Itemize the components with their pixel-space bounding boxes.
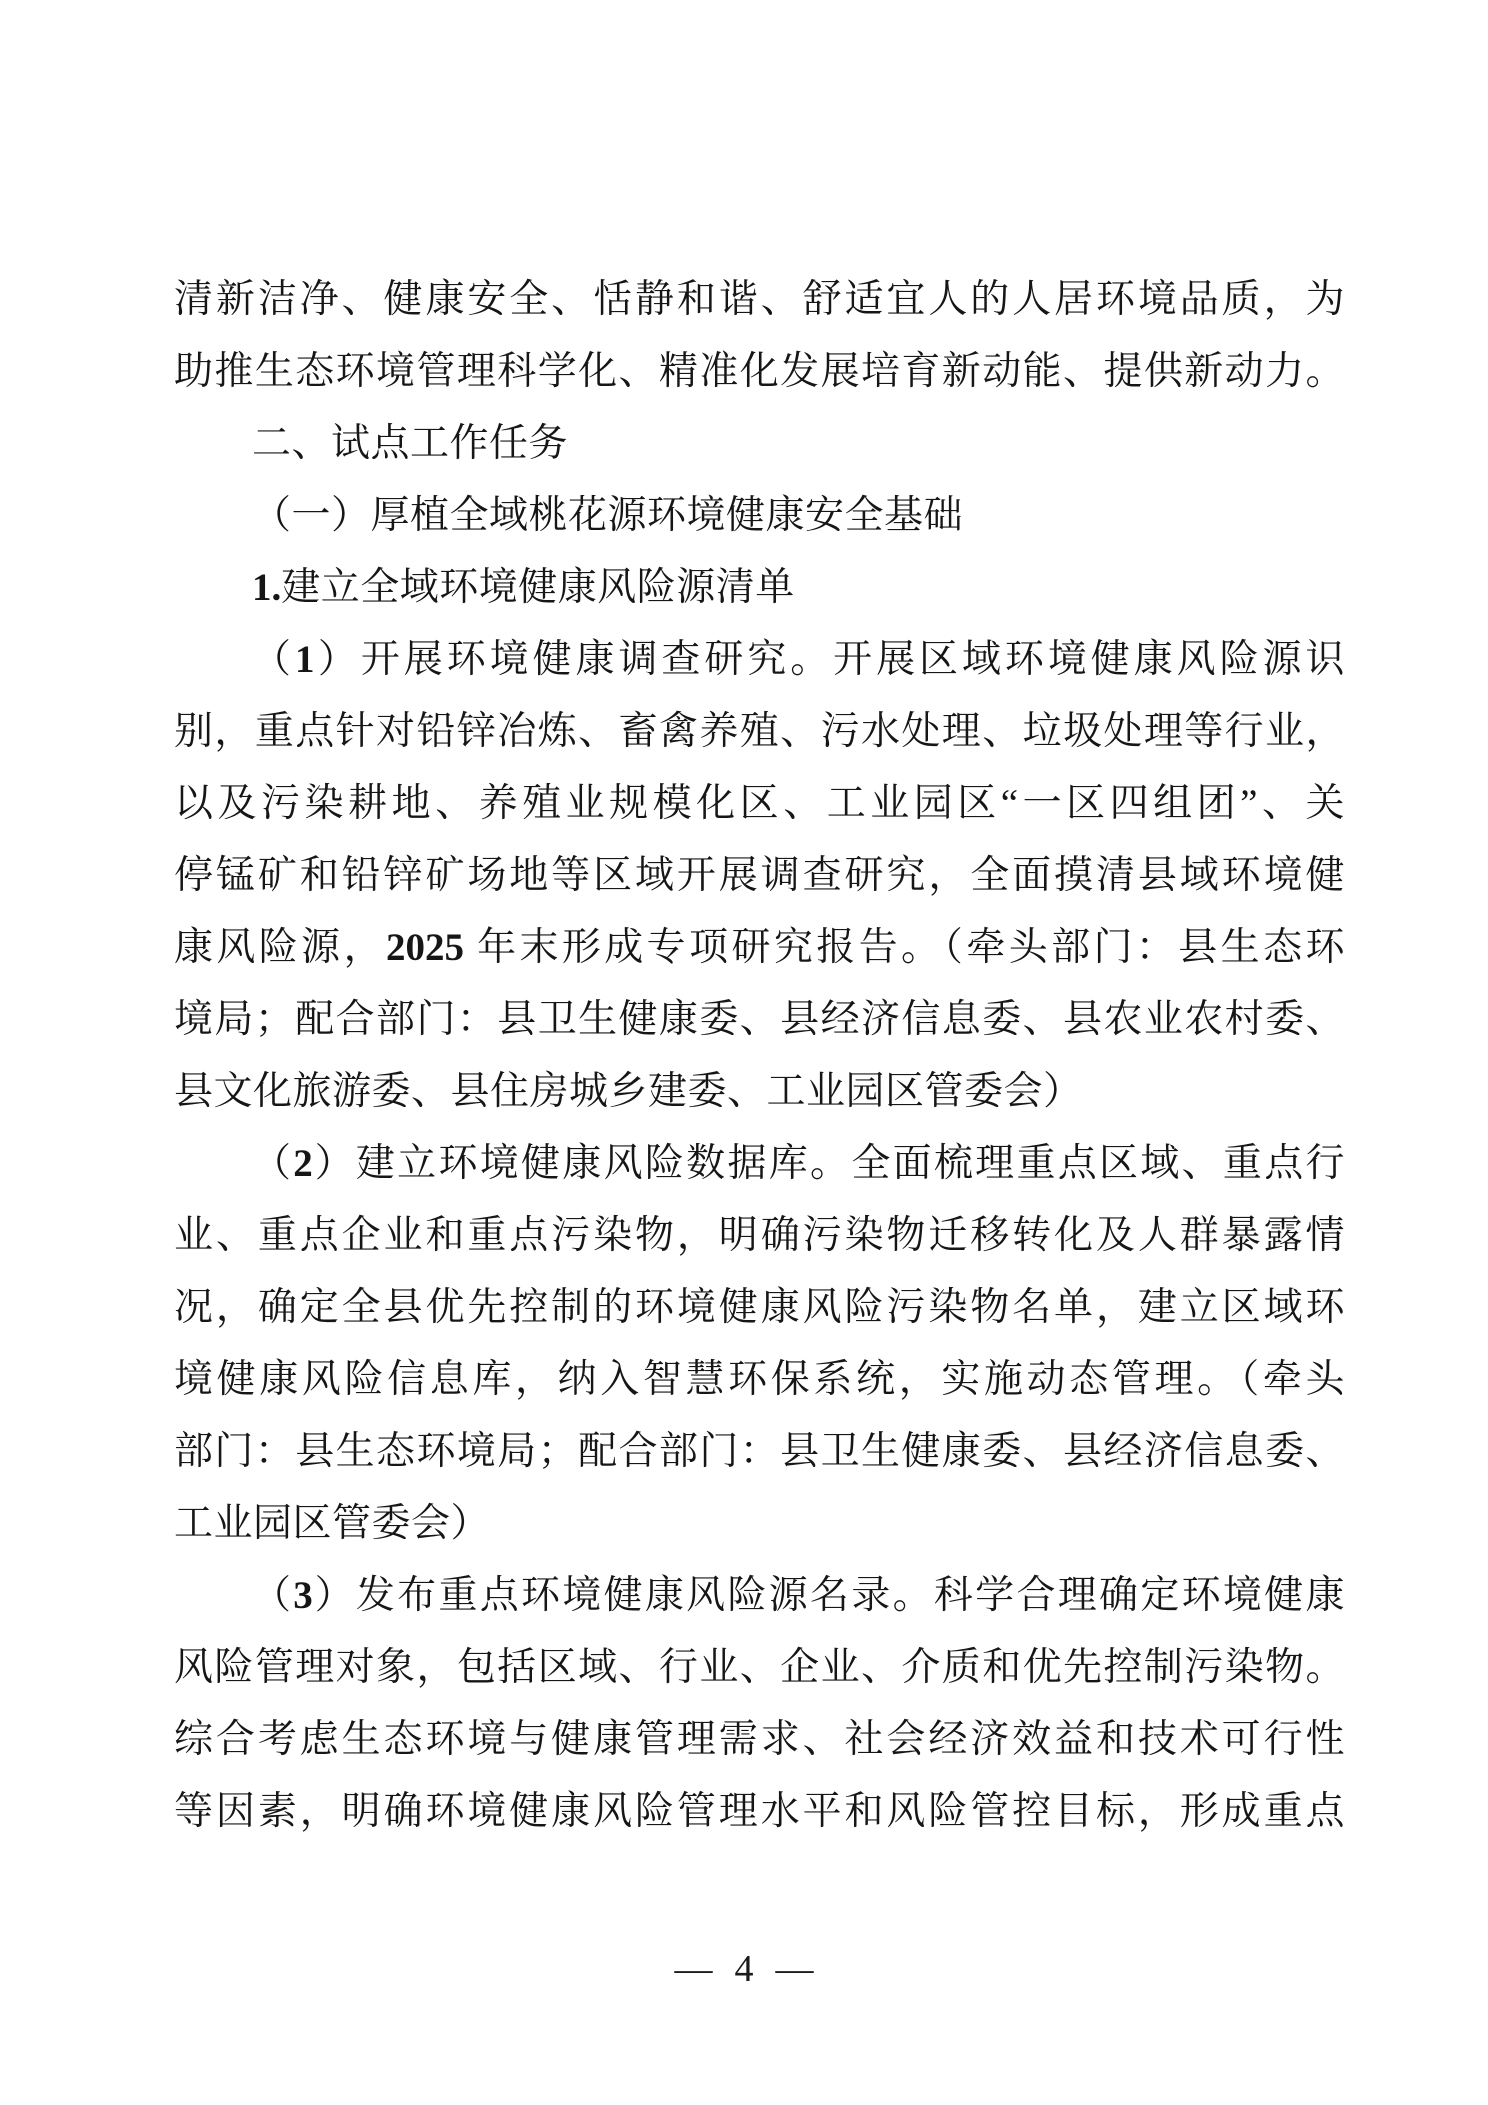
text-line: （2）建立环境健康风险数据库。全面梳理重点区域、重点行 [174,1128,1345,1200]
text-line: 1.建立全域环境健康风险源清单 [174,552,1345,624]
text-line: 部门：县生态环境局；配合部门：县卫生健康委、县经济信息委、 [174,1416,1345,1488]
text-line: 工业园区管委会） [174,1488,1345,1560]
text-line: 二、试点工作任务 [174,408,1345,480]
text-line: 综合考虑生态环境与健康管理需求、社会经济效益和技术可行性 [174,1704,1345,1776]
text-line: 县文化旅游委、县住房城乡建委、工业园区管委会） [174,1056,1345,1128]
text-block: 清新洁净、健康安全、恬静和谐、舒适宜人的人居环境品质，为助推生态环境管理科学化、… [174,264,1345,1848]
text-line: （一）厚植全域桃花源环境健康安全基础 [174,480,1345,552]
document-page: 清新洁净、健康安全、恬静和谐、舒适宜人的人居环境品质，为助推生态环境管理科学化、… [0,0,1488,2105]
text-line: 别，重点针对铅锌冶炼、畜禽养殖、污水处理、垃圾处理等行业， [174,696,1345,768]
text-line: 况，确定全县优先控制的环境健康风险污染物名单，建立区域环 [174,1272,1345,1344]
text-line: 境健康风险信息库，纳入智慧环保系统，实施动态管理。（牵头 [174,1344,1345,1416]
text-line: 停锰矿和铅锌矿场地等区域开展调查研究，全面摸清县域环境健 [174,840,1345,912]
page-number: 4 [735,1946,754,1992]
text-line: 清新洁净、健康安全、恬静和谐、舒适宜人的人居环境品质，为 [174,264,1345,336]
text-line: 业、重点企业和重点污染物，明确污染物迁移转化及人群暴露情 [174,1200,1345,1272]
text-line: 境局；配合部门：县卫生健康委、县经济信息委、县农业农村委、 [174,984,1345,1056]
page-footer: —4— [0,1946,1488,1992]
text-line: 康风险源，2025 年末形成专项研究报告。（牵头部门：县生态环 [174,912,1345,984]
text-line: 以及污染耕地、养殖业规模化区、工业园区“一区四组团”、关 [174,768,1345,840]
text-line: 助推生态环境管理科学化、精准化发展培育新动能、提供新动力。 [174,336,1345,408]
text-line: 风险管理对象，包括区域、行业、企业、介质和优先控制污染物。 [174,1632,1345,1704]
footer-dash-right: — [776,1946,814,1992]
text-line: （3）发布重点环境健康风险源名录。科学合理确定环境健康 [174,1560,1345,1632]
text-line: 等因素，明确环境健康风险管理水平和风险管控目标，形成重点 [174,1776,1345,1848]
footer-dash-left: — [675,1946,713,1992]
text-line: （1）开展环境健康调查研究。开展区域环境健康风险源识 [174,624,1345,696]
